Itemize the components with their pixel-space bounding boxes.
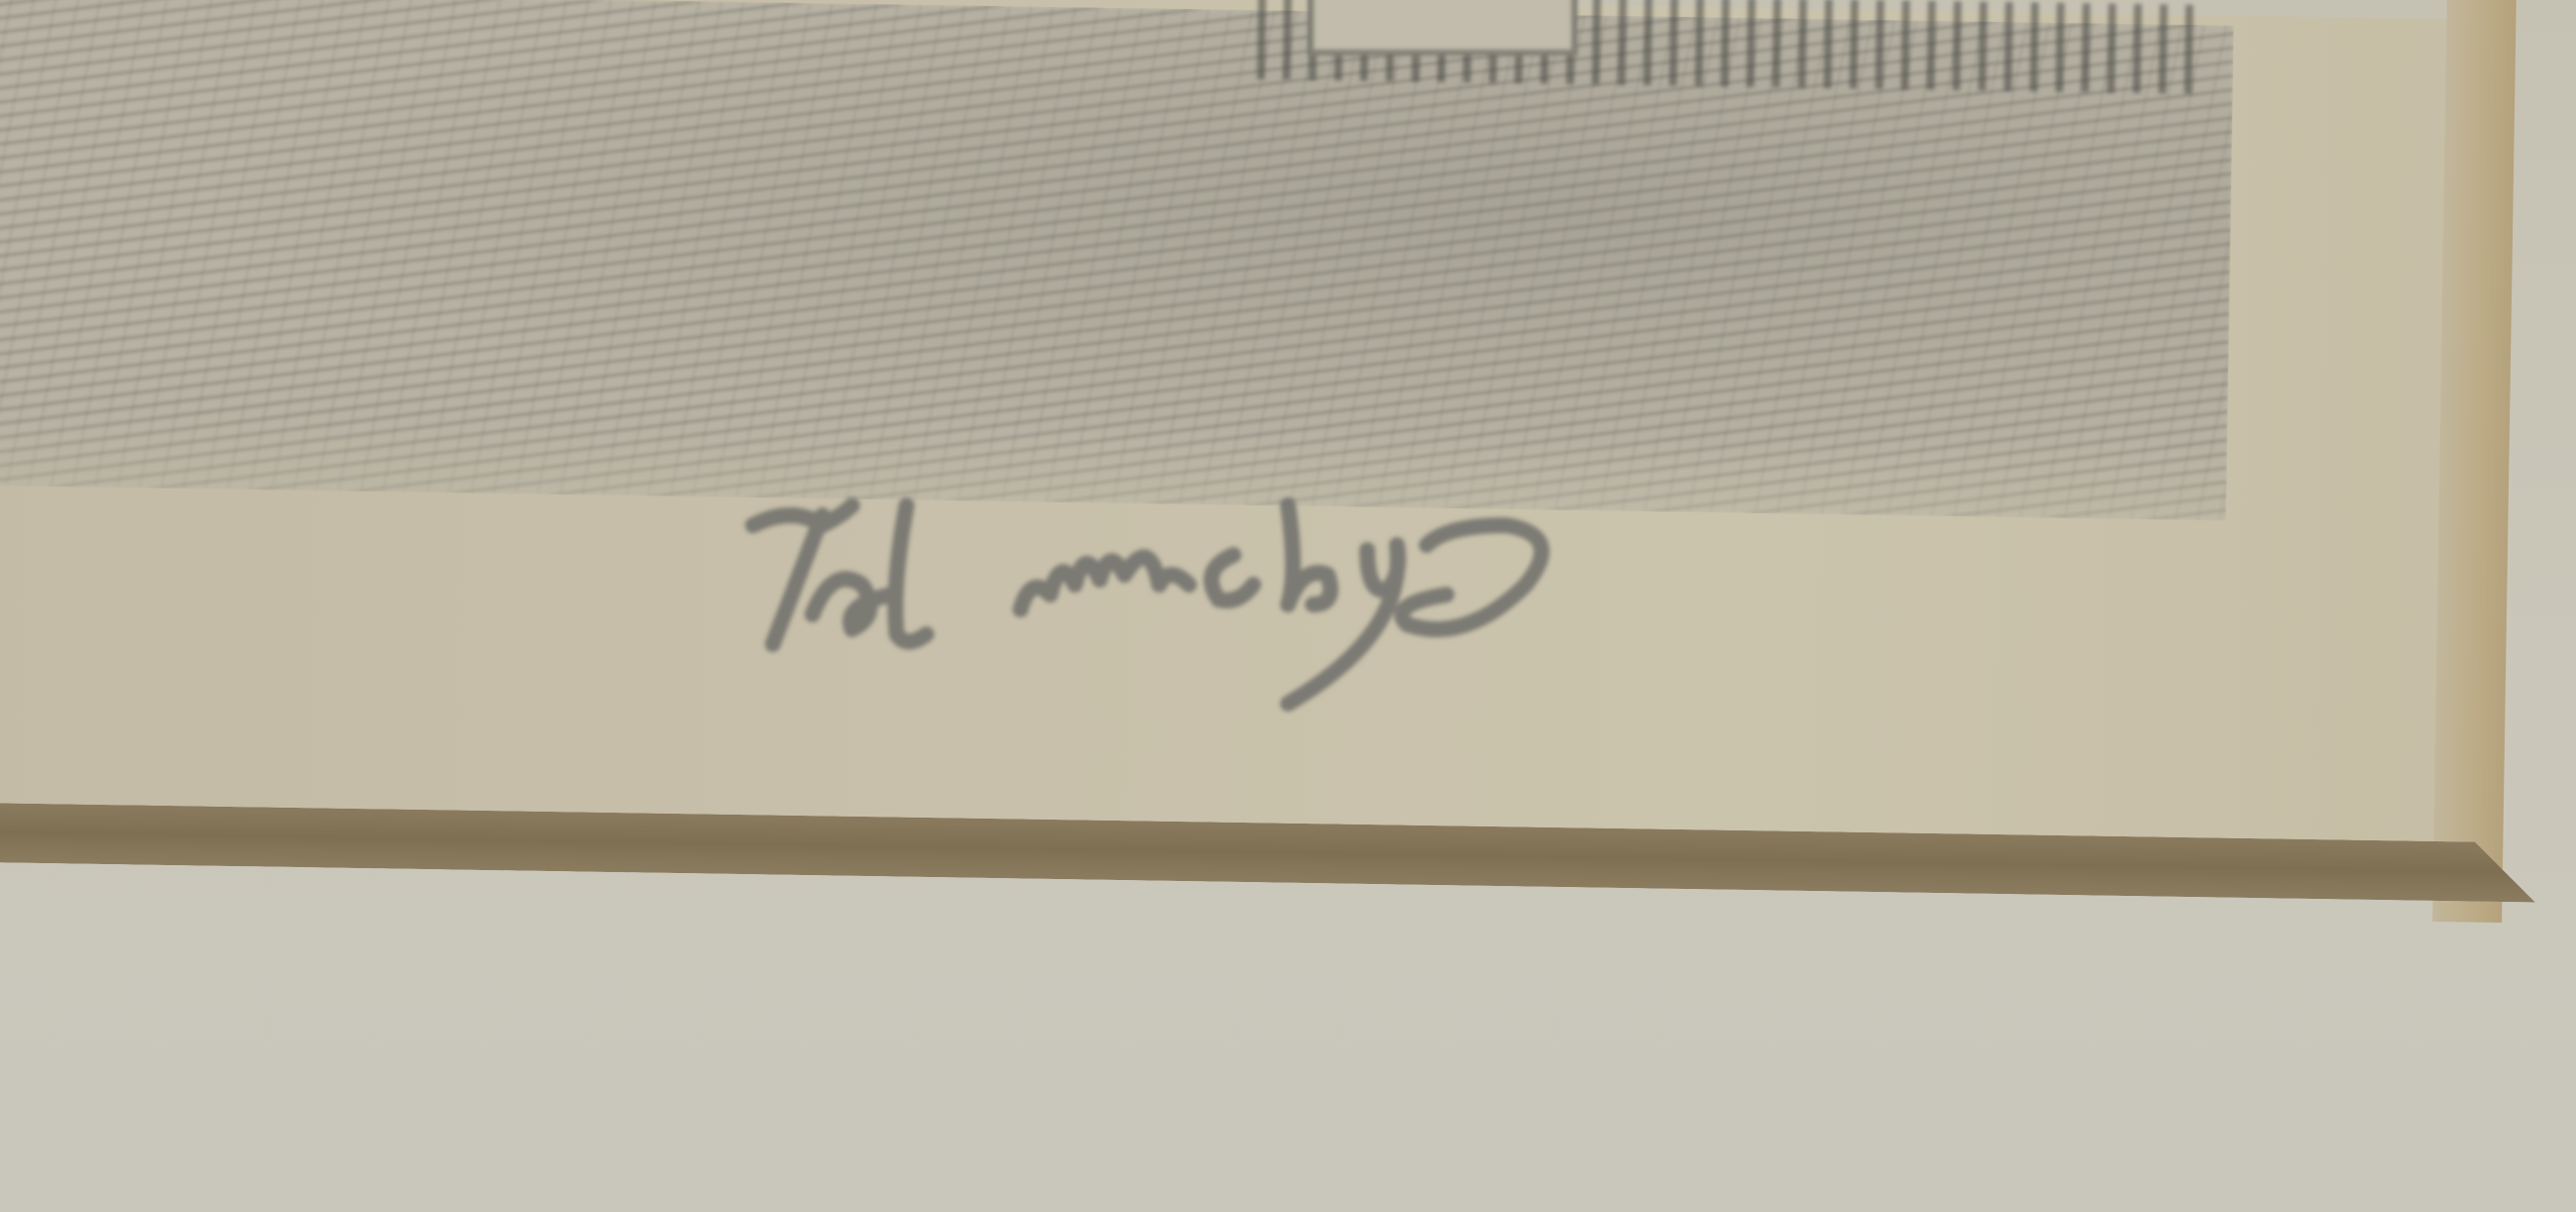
signature-strokes (733, 466, 2120, 763)
artist-signature: Hal Mcbyr (733, 466, 2120, 763)
mat-bevel-right (2432, 0, 2517, 923)
etched-window-detail (1308, 0, 1577, 55)
framed-print-photo: Hal Mcbyr (0, 0, 2576, 1212)
